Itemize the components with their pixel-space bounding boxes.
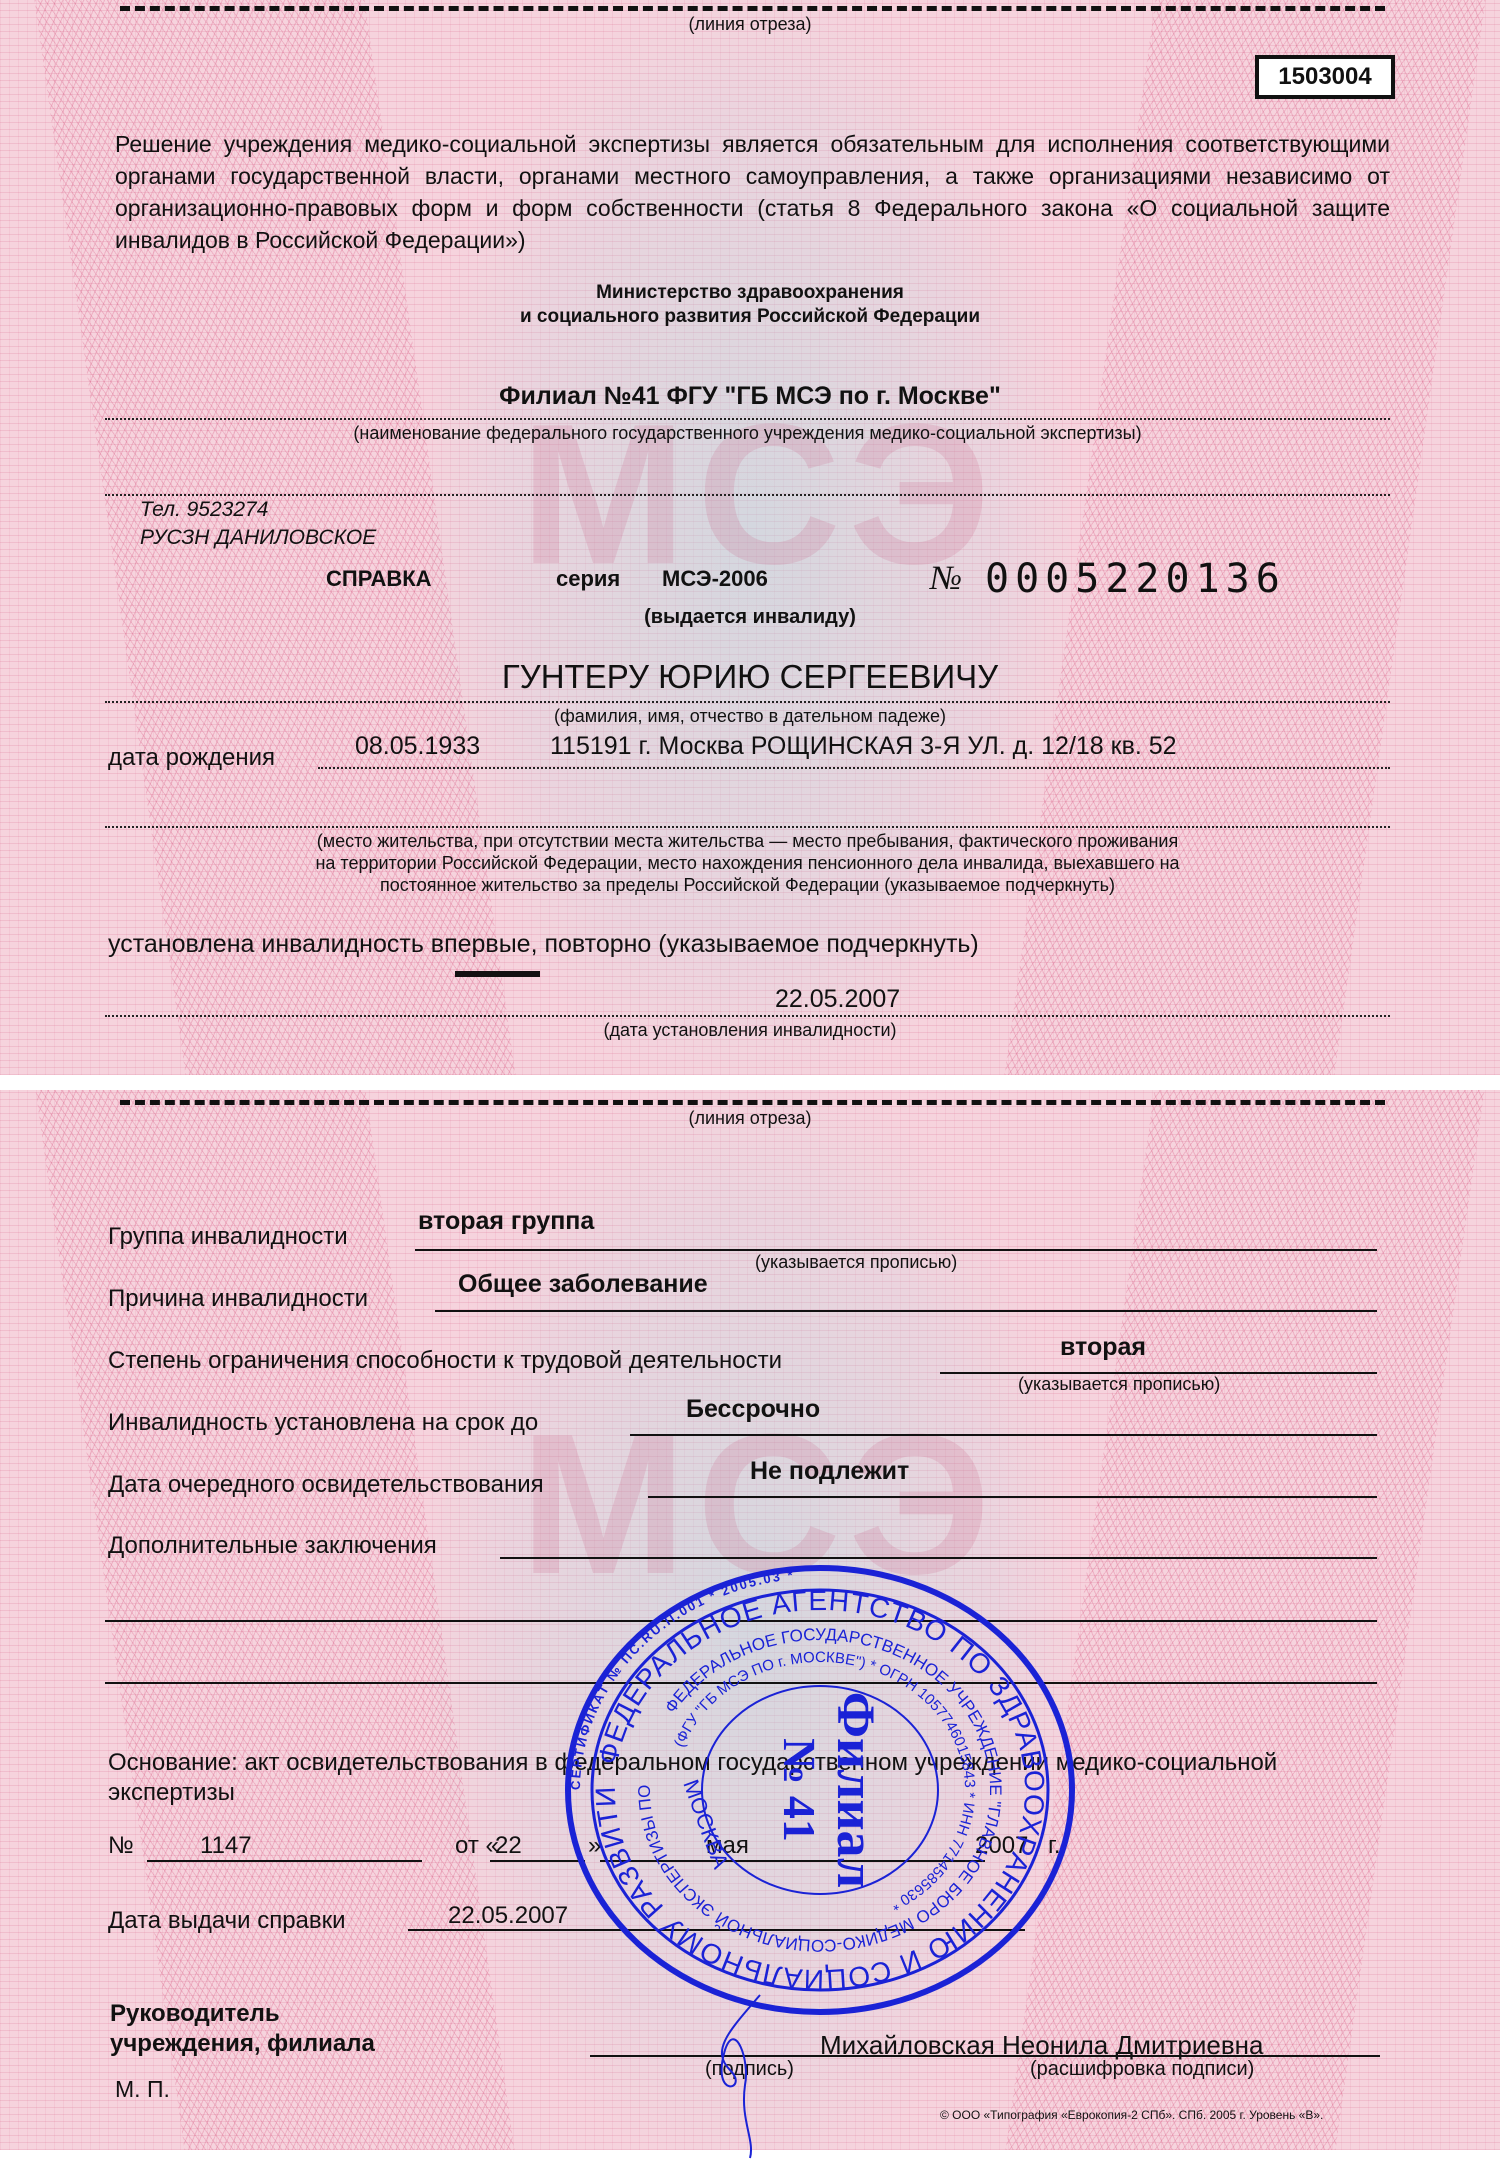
handwritten-signature	[690, 1990, 810, 2160]
ministry-line-1: Министерство здравоохранения	[0, 282, 1500, 304]
stamp-place-label: М. П.	[115, 2076, 170, 2103]
next-exam-label: Дата очередного освидетельствования	[108, 1471, 544, 1499]
group-label: Группа инвалидности	[108, 1223, 348, 1251]
act-from-label: от «	[455, 1832, 499, 1860]
full-name-caption: (фамилия, имя, отчество в дательном паде…	[0, 706, 1500, 727]
birth-date-label: дата рождения	[108, 744, 275, 772]
established-date-value: 22.05.2007	[775, 985, 900, 1014]
address-value: 115191 г. Москва РОЩИНСКАЯ 3-Я УЛ. д. 12…	[550, 732, 1177, 761]
work-limitation-caption: (указывается прописью)	[1018, 1374, 1220, 1395]
certificate-number: 0005220136	[985, 556, 1286, 602]
institution-name: Филиал №41 ФГУ "ГБ МСЭ по г. Москве"	[0, 382, 1500, 411]
legal-notice: Решение учреждения медико-социальной экс…	[115, 128, 1390, 256]
svg-text:МОСКВА: МОСКВА	[678, 1776, 733, 1872]
term-value: Бессрочно	[686, 1395, 820, 1424]
cut-line	[120, 1100, 1385, 1105]
established-date-caption: (дата установления инвалидности)	[0, 1020, 1500, 1041]
svg-text:Филиал: Филиал	[826, 1692, 886, 1889]
act-day-value: 22	[495, 1832, 522, 1860]
number-sign: №	[930, 560, 962, 598]
work-limitation-value: вторая	[1060, 1333, 1146, 1362]
series-value: МСЭ-2006	[662, 566, 768, 592]
residence-caption: (место жительства, при отсутствии места …	[105, 830, 1390, 896]
established-first-time-underline	[455, 971, 540, 977]
ministry-line-2: и социального развития Российской Федера…	[0, 306, 1500, 328]
cause-label: Причина инвалидности	[108, 1285, 368, 1313]
cause-value: Общее заболевание	[458, 1270, 708, 1299]
phone-number: Тел. 9523274	[140, 498, 268, 522]
institution-caption: (наименование федерального государственн…	[105, 423, 1390, 444]
certificate-top-stub: МСЭ (линия отреза) 1503004 Решение учреж…	[0, 0, 1500, 1075]
disability-established-text: установлена инвалидность впервые, повтор…	[108, 930, 979, 959]
issued-to-caption: (выдается инвалиду)	[0, 606, 1500, 629]
copyright-line: © ООО «Типография «Еврокопия-2 СПб». СПб…	[940, 2108, 1323, 2122]
form-code: 1503004	[1255, 55, 1395, 99]
svg-text:№ 41: № 41	[774, 1738, 825, 1842]
issue-date-label: Дата выдачи справки	[108, 1907, 346, 1935]
doc-type: СПРАВКА	[326, 566, 432, 592]
act-number-label: №	[108, 1832, 134, 1860]
work-limitation-label: Степень ограничения способности к трудов…	[108, 1347, 782, 1375]
head-label-line-1: Руководитель	[110, 2000, 280, 2028]
issue-date-value: 22.05.2007	[448, 1902, 568, 1930]
signer-caption: (расшифровка подписи)	[1030, 2058, 1254, 2081]
head-label-line-2: учреждения, филиала	[110, 2030, 375, 2058]
cut-line-label: (линия отреза)	[0, 1108, 1500, 1129]
signer-name: Михайловская Неонила Дмитриевна	[820, 2030, 1263, 2061]
series-label: серия	[556, 566, 620, 592]
birth-date-value: 08.05.1933	[355, 732, 480, 761]
recipient-full-name: ГУНТЕРУ ЮРИЮ СЕРГЕЕВИЧУ	[0, 658, 1500, 696]
additional-conclusions-label: Дополнительные заключения	[108, 1532, 437, 1560]
official-round-seal: СЕРТИФИКАТ № ПС.RU.П.001 * 2005.03 * ФЕД…	[563, 1563, 1078, 2018]
group-caption: (указывается прописью)	[755, 1252, 957, 1273]
department-name: РУСЗН ДАНИЛОВСКОЕ	[140, 526, 376, 550]
next-exam-value: Не подлежит	[750, 1457, 909, 1486]
term-label: Инвалидность установлена на срок до	[108, 1409, 538, 1437]
act-number-value: 1147	[200, 1832, 252, 1860]
cut-line	[120, 6, 1385, 11]
group-value: вторая группа	[418, 1207, 594, 1236]
cut-line-label: (линия отреза)	[0, 14, 1500, 35]
